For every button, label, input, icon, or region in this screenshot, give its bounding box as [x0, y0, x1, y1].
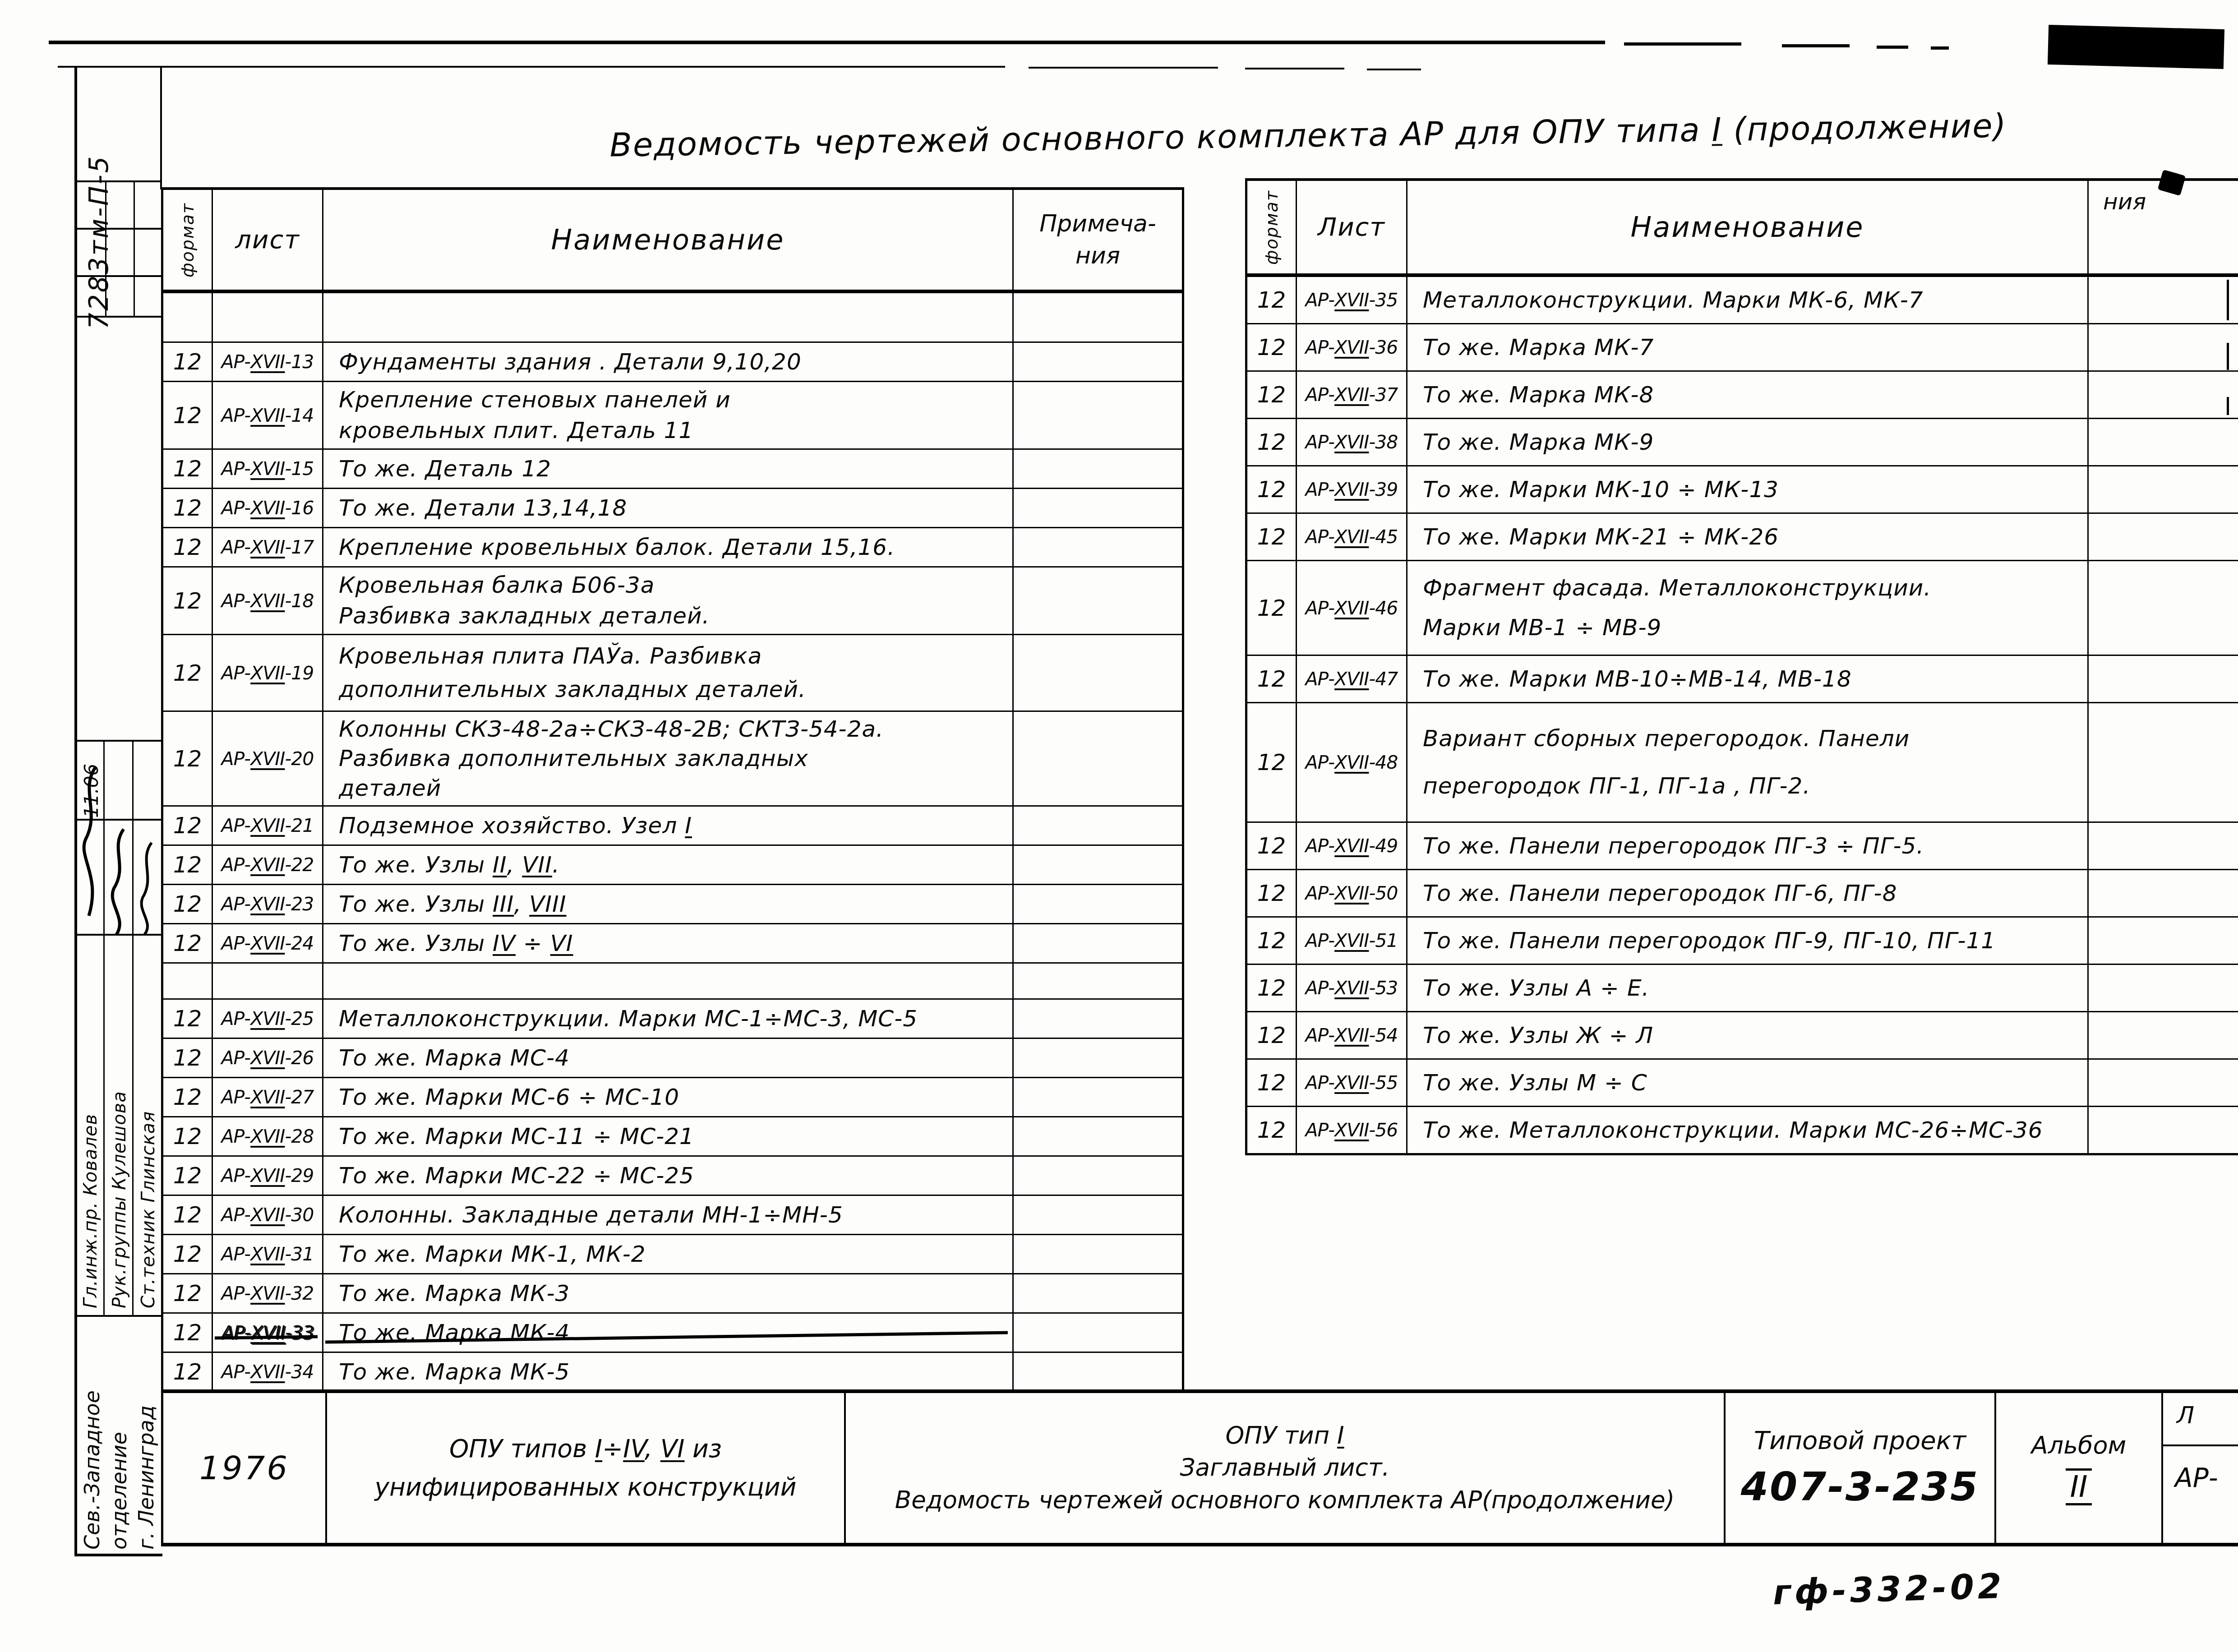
table-row: 12АР-XVII-25Металлоконструкции. Марки МС…: [163, 998, 1182, 1038]
signer-group-lead: Рук.группы Кулешова: [109, 943, 133, 1308]
table-row: 12АР-XVII-50То же. Панели перегородок ПГ…: [1247, 869, 2238, 916]
project-number: 407-3-235: [1741, 1463, 1980, 1510]
cell-note: [1014, 1196, 1182, 1234]
cell-sheet-number: АР-XVII-33: [213, 1314, 323, 1352]
name-line: Крепление стеновых панелей и: [339, 388, 1012, 412]
table-row: 12АР-XVII-26То же. Марка МС-4: [163, 1038, 1182, 1077]
cell-format: 12: [163, 1235, 213, 1273]
cell-format: 12: [163, 635, 213, 711]
cell-sheet-number: АР-XVII-23: [213, 885, 323, 923]
cell-note: [1014, 807, 1182, 844]
table-row: 12АР-XVII-32То же. Марка МК-3: [163, 1273, 1182, 1312]
cell-sheet-number: АР-XVII-48: [1297, 703, 1407, 821]
cell-note: [1014, 1078, 1182, 1116]
name-line: То же. Марки МВ-10÷МВ-14, МВ-18: [1423, 667, 2087, 692]
table-row: 12АР-XVII-35Металлоконструкции. Марки МК…: [1247, 276, 2238, 323]
table-row: 12АР-XVII-19Кровельная плита ПАЎа. Разби…: [163, 634, 1182, 711]
cell-format: 12: [163, 568, 213, 634]
header-format-label: формат: [178, 203, 198, 277]
cell-sheet-number: АР-XVII-35: [1297, 277, 1407, 323]
title-block-project-cell: Типовой проект 407-3-235: [1726, 1393, 1996, 1543]
cell-name: То же. Панели перегородок ПГ-6, ПГ-8: [1407, 870, 2089, 916]
header-note-line2: ния: [1075, 240, 1120, 272]
cell-sheet-number: АР-XVII-53: [1297, 965, 1407, 1011]
cell-sheet-number: АР-XVII-14: [213, 382, 323, 448]
scanned-drawing-sheet: 7283тм-П-5 11.06 Гл.инж.пр. Ковалев Рук.…: [0, 0, 2238, 1652]
name-line: То же. Марки МК-10 ÷ МК-13: [1423, 477, 2087, 502]
cell-name: Крепление стеновых панелей икровельных п…: [323, 382, 1014, 448]
cell-note: [1014, 1000, 1182, 1038]
cell-note: [1014, 924, 1182, 962]
name-line: Фрагмент фасада. Металлоконструкции.: [1423, 576, 2087, 600]
top-border-dash: [1367, 69, 1421, 70]
cell-sheet-number: АР-XVII-39: [1297, 466, 1407, 512]
top-border-dash: [1931, 46, 1949, 50]
cell-sheet-number: АР-XVII-29: [213, 1157, 323, 1195]
margin-grid-line: [74, 316, 161, 318]
name-line: То же. Панели перегородок ПГ-9, ПГ-10, П…: [1423, 928, 2087, 953]
cell-format: 12: [163, 1000, 213, 1038]
table-row: 12АР-XVII-51То же. Панели перегородок ПГ…: [1247, 916, 2238, 964]
table-row: 12АР-XVII-16То же. Детали 13,14,18: [163, 488, 1182, 527]
cell-sheet-number: АР-XVII-51: [1297, 918, 1407, 964]
cell-format: 12: [163, 382, 213, 448]
cell-name: То же. Узлы III, VIII: [323, 885, 1014, 923]
top-border-line2: [58, 66, 1005, 68]
cell-name: То же. Марки МВ-10÷МВ-14, МВ-18: [1407, 656, 2089, 702]
cell-note: [2089, 918, 2238, 964]
cell-sheet-number: [213, 293, 323, 341]
margin-grid-line: [74, 228, 161, 230]
cell-name: То же. Панели перегородок ПГ-9, ПГ-10, П…: [1407, 918, 2089, 964]
header-format-label: формат: [1262, 190, 1282, 265]
cell-name: [323, 293, 1014, 341]
cell-format: 12: [1247, 372, 1297, 418]
cell-format: 12: [163, 846, 213, 884]
cell-name: То же. Марка МС-4: [323, 1039, 1014, 1077]
cell-note: [2089, 514, 2238, 560]
cell-format: 12: [163, 343, 213, 381]
signature-grid-line: [74, 740, 161, 742]
cell-name: Подземное хозяйство. Узел I: [323, 807, 1014, 844]
page-title: Ведомость чертежей основного комплекта А…: [577, 106, 2040, 164]
table-row: 12АР-XVII-54То же. Узлы Ж ÷ Л: [1247, 1011, 2238, 1058]
cell-note: [1014, 528, 1182, 566]
cell-sheet-number: АР-XVII-55: [1297, 1060, 1407, 1106]
cell-note: [1014, 885, 1182, 923]
name-line: Разбивка дополнительных закладных: [339, 746, 1012, 771]
top-border-dash: [1029, 67, 1218, 69]
cell-sheet-number: АР-XVII-34: [213, 1353, 323, 1391]
cell-name: То же. Марка МК-5: [323, 1353, 1014, 1391]
cell-name: То же. Марка МК-8: [1407, 372, 2089, 418]
name-line: Крепление кровельных балок. Детали 15,16…: [339, 535, 1012, 560]
signature-scribble: [135, 839, 159, 938]
cell-note: [2089, 419, 2238, 465]
name-line: То же. Марки МС-22 ÷ МС-25: [339, 1163, 1012, 1188]
cell-note: [1014, 635, 1182, 711]
table-row: 12АР-XVII-37То же. Марка МК-8: [1247, 370, 2238, 418]
top-border-dash: [1624, 42, 1741, 46]
cell-format: 12: [1247, 1012, 1297, 1058]
table-row: 12АР-XVII-24То же. Узлы IV ÷ VI: [163, 923, 1182, 962]
cell-format: 12: [163, 1157, 213, 1195]
cell-name: То же. Панели перегородок ПГ-3 ÷ ПГ-5.: [1407, 823, 2089, 869]
name-line: То же. Узлы Ж ÷ Л: [1423, 1023, 2087, 1048]
signature-scribble: [78, 762, 103, 925]
sheet-left-border: [74, 68, 77, 1556]
header-format: формат: [1247, 181, 1297, 273]
header-sheet: Лист: [1297, 181, 1407, 273]
cell-note: [1014, 964, 1182, 998]
table-spacer-row: [163, 292, 1182, 341]
cell-note: [1014, 382, 1182, 448]
table-row: 12АР-XVII-21Подземное хозяйство. Узел I: [163, 805, 1182, 844]
cell-note: [2089, 372, 2238, 418]
cell-note: [1014, 293, 1182, 341]
top-border-dash: [1877, 46, 1908, 49]
cell-note: [1014, 1039, 1182, 1077]
cell-note: [2089, 324, 2238, 370]
cell-format: 12: [163, 1117, 213, 1155]
cell-note: [1014, 1353, 1182, 1391]
top-border-line: [49, 41, 1605, 44]
cell-sheet-number: АР-XVII-38: [1297, 419, 1407, 465]
name-line: То же. Узлы А ÷ Е.: [1423, 976, 2087, 1001]
name-line: То же. Марки МС-11 ÷ МС-21: [339, 1124, 1012, 1149]
name-line: То же. Марка МК-3: [339, 1281, 1012, 1306]
header-sheet: лист: [213, 190, 323, 290]
cell-name: То же. Узлы М ÷ С: [1407, 1060, 2089, 1106]
cell-note: [2089, 656, 2238, 702]
cell-note: [2089, 703, 2238, 821]
name-line: То же. Металлоконструкции. Марки МС-26÷М…: [1423, 1118, 2087, 1143]
cell-sheet-number: АР-XVII-49: [1297, 823, 1407, 869]
header-name: Наименование: [1407, 181, 2089, 273]
cell-name: То же. Узлы II, VII.: [323, 846, 1014, 884]
cell-name: То же. Марки МС-22 ÷ МС-25: [323, 1157, 1014, 1195]
project-label: Типовой проект: [1754, 1426, 1966, 1455]
cell-format: 12: [163, 1353, 213, 1391]
header-note-line1: Примеча-: [1039, 208, 1156, 240]
name-line: Вариант сборных перегородок. Панели: [1423, 726, 2087, 751]
cell-sheet-number: АР-XVII-24: [213, 924, 323, 962]
cell-note: [1014, 343, 1182, 381]
table-row: 12АР-XVII-23То же. Узлы III, VIII: [163, 884, 1182, 923]
top-border-dash: [1782, 44, 1850, 47]
cell-sheet-number: АР-XVII-47: [1297, 656, 1407, 702]
note-header-fragment: ния: [2103, 189, 2146, 215]
table-row: 12АР-XVII-28То же. Марки МС-11 ÷ МС-21: [163, 1116, 1182, 1155]
cell-name: Колонны СКЗ-48-2а÷СКЗ-48-2В; СКТЗ-54-2а.…: [323, 712, 1014, 805]
cell-format: 12: [1247, 918, 1297, 964]
cell-format: 12: [1247, 514, 1297, 560]
archive-number: 7283тм-П-5: [83, 68, 158, 329]
cell-name: То же. Марки МК-10 ÷ МК-13: [1407, 466, 2089, 512]
table-row: 12АР-XVII-33То же. Марка МК-4: [163, 1312, 1182, 1352]
name-line: То же. Марки МК-21 ÷ МК-26: [1423, 525, 2087, 549]
cell-name: То же. Марка МК-7: [1407, 324, 2089, 370]
name-line: деталей: [339, 776, 1012, 801]
cell-note: [1014, 568, 1182, 634]
cell-name: Металлоконструкции. Марки МК-6, МК-7: [1407, 277, 2089, 323]
table-row: 12АР-XVII-53То же. Узлы А ÷ Е.: [1247, 964, 2238, 1011]
drawing-register-table-left: формат лист Наименование Примеча- ния 12…: [161, 187, 1184, 1393]
cell-sheet-number: АР-XVII-13: [213, 343, 323, 381]
margin-grid-line: [74, 180, 161, 182]
cell-note: [2089, 965, 2238, 1011]
name-line: То же. Марки МС-6 ÷ МС-10: [339, 1085, 1012, 1110]
cell-format: 12: [1247, 1060, 1297, 1106]
cell-name: То же. Деталь 12: [323, 450, 1014, 488]
album-number: II: [2066, 1468, 2092, 1505]
table-row: 12АР-XVII-45То же. Марки МК-21 ÷ МК-26: [1247, 512, 2238, 560]
table-row: 12АР-XVII-17Крепление кровельных балок. …: [163, 527, 1182, 566]
cell-format: 12: [1247, 419, 1297, 465]
cell-note: [1014, 489, 1182, 527]
cell-format: 12: [163, 924, 213, 962]
cell-format: 12: [1247, 823, 1297, 869]
name-line: Фундаменты здания . Детали 9,10,20: [339, 350, 1012, 374]
cell-note: [1014, 846, 1182, 884]
name-line: Металлоконструкции. Марки МС-1÷МС-3, МС-…: [339, 1006, 1012, 1031]
table-spacer-row: [163, 962, 1182, 998]
cell-name: Фундаменты здания . Детали 9,10,20: [323, 343, 1014, 381]
cell-format: 12: [163, 807, 213, 844]
name-line: То же. Марка МК-5: [339, 1360, 1012, 1384]
cell-name: То же. Узлы Ж ÷ Л: [1407, 1012, 2089, 1058]
cell-note: [2089, 1107, 2238, 1153]
sheet-caption: ОПУ тип IЗаглавный лист.Ведомость чертеж…: [895, 1420, 1675, 1517]
name-line: То же. Панели перегородок ПГ-6, ПГ-8: [1423, 881, 2087, 906]
cut-column-edge-dash: [2227, 280, 2229, 320]
cell-format: 12: [163, 885, 213, 923]
table-row: 12АР-XVII-14Крепление стеновых панелей и…: [163, 381, 1182, 448]
table-row: 12АР-XVII-49То же. Панели перегородок ПГ…: [1247, 821, 2238, 869]
cell-format: 12: [163, 528, 213, 566]
cell-name: То же. Узлы А ÷ Е.: [1407, 965, 2089, 1011]
title-block-year-cell: 1976: [163, 1393, 327, 1543]
cell-note: [2089, 1012, 2238, 1058]
cell-name: Кровельная балка Б06-3аРазбивка закладны…: [323, 568, 1014, 634]
cell-sheet-number: АР-XVII-46: [1297, 561, 1407, 655]
cell-sheet-number: АР-XVII-21: [213, 807, 323, 844]
cell-format: 12: [1247, 277, 1297, 323]
cell-name: Крепление кровельных балок. Детали 15,16…: [323, 528, 1014, 566]
name-line: То же. Деталь 12: [339, 457, 1012, 481]
margin-grid-line: [105, 180, 106, 316]
cell-format: 12: [1247, 1107, 1297, 1153]
title-block: 1976 ОПУ типов I÷IV, VI изунифицированны…: [161, 1389, 2238, 1546]
cell-sheet-number: АР-XVII-30: [213, 1196, 323, 1234]
table-row: 12АР-XVII-46Фрагмент фасада. Металлоконс…: [1247, 560, 2238, 655]
cell-name: То же. Марки МК-1, МК-2: [323, 1235, 1014, 1273]
table-row: 12АР-XVII-15То же. Деталь 12: [163, 448, 1182, 488]
cell-name: То же. Марка МК-3: [323, 1274, 1014, 1312]
name-line: То же. Узлы III, VIII: [339, 892, 1012, 917]
table-row: 12АР-XVII-36То же. Марка МК-7: [1247, 323, 2238, 370]
organization-name: Сев.-Западноеотделениег. Ленинград: [79, 1317, 162, 1550]
cell-name: То же. Детали 13,14,18: [323, 489, 1014, 527]
cell-sheet-number: АР-XVII-26: [213, 1039, 323, 1077]
signature-grid-line: [74, 1315, 161, 1317]
cell-name: Кровельная плита ПАЎа. Разбивкадополните…: [323, 635, 1014, 711]
cell-name: Фрагмент фасада. Металлоконструкции.Марк…: [1407, 561, 2089, 655]
name-line: перегородок ПГ-1, ПГ-1а , ПГ-2.: [1423, 774, 2087, 798]
album-label: Альбом: [2031, 1431, 2126, 1459]
name-line: Металлоконструкции. Марки МК-6, МК-7: [1423, 288, 2087, 313]
signature-scribble: [106, 826, 131, 938]
cell-name: То же. Марка МК-9: [1407, 419, 2089, 465]
name-line: То же. Марка МК-7: [1423, 335, 2087, 360]
cell-note: [1014, 1274, 1182, 1312]
cell-sheet-number: АР-XVII-56: [1297, 1107, 1407, 1153]
title-block-caption-cell: ОПУ тип IЗаглавный лист.Ведомость чертеж…: [846, 1393, 1726, 1543]
cell-name: То же. Марки МК-21 ÷ МК-26: [1407, 514, 2089, 560]
drawing-register-table-right: формат Лист Наименование 12АР-XVII-35Мет…: [1245, 178, 2238, 1155]
cell-note: [1014, 1235, 1182, 1273]
cell-sheet-number: [213, 964, 323, 998]
name-line: Кровельная балка Б06-3а: [339, 573, 1012, 598]
cell-note: [2089, 277, 2238, 323]
cell-sheet-number: АР-XVII-54: [1297, 1012, 1407, 1058]
cell-note: [1014, 712, 1182, 805]
cell-note: [2089, 561, 2238, 655]
cut-column-edge-dash: [2227, 397, 2229, 415]
cell-format: 12: [163, 1196, 213, 1234]
cell-sheet-number: АР-XVII-32: [213, 1274, 323, 1312]
cell-format: 12: [1247, 965, 1297, 1011]
name-line: То же. Марка МК-4: [339, 1320, 1012, 1345]
table-row: 12АР-XVII-48Вариант сборных перегородок.…: [1247, 702, 2238, 821]
margin-right-border: [160, 68, 162, 189]
cell-sheet-number: АР-XVII-17: [213, 528, 323, 566]
cell-sheet-number: АР-XVII-16: [213, 489, 323, 527]
title-block-corner-cell: Л АР-: [2163, 1393, 2238, 1543]
name-line: То же. Марка МС-4: [339, 1046, 1012, 1071]
year: 1976: [199, 1449, 289, 1487]
cell-sheet-number: АР-XVII-20: [213, 712, 323, 805]
cell-sheet-number: АР-XVII-50: [1297, 870, 1407, 916]
cell-format: [163, 293, 213, 341]
cell-note: [1014, 1314, 1182, 1352]
cell-format: 12: [1247, 656, 1297, 702]
table-row: 12АР-XVII-34То же. Марка МК-5: [163, 1352, 1182, 1391]
cell-note: [2089, 1060, 2238, 1106]
name-line: Колонны. Закладные детали МН-1÷МН-5: [339, 1203, 1012, 1227]
cell-format: 12: [163, 1274, 213, 1312]
name-line: Марки МВ-1 ÷ МВ-9: [1423, 615, 2087, 640]
name-line: То же. Панели перегородок ПГ-3 ÷ ПГ-5.: [1423, 834, 2087, 858]
cell-sheet-number: АР-XVII-19: [213, 635, 323, 711]
header-name: Наименование: [323, 190, 1014, 290]
table-row: 12АР-XVII-27То же. Марки МС-6 ÷ МС-10: [163, 1077, 1182, 1116]
cell-name: Вариант сборных перегородок. Панелиперег…: [1407, 703, 2089, 821]
object-description: ОПУ типов I÷IV, VI изунифицированных кон…: [375, 1430, 797, 1507]
table-row: 12АР-XVII-38То же. Марка МК-9: [1247, 418, 2238, 465]
signer-chief-engineer: Гл.инж.пр. Ковалев: [80, 943, 104, 1308]
name-line: То же. Марки МК-1, МК-2: [339, 1242, 1012, 1267]
table-row: 12АР-XVII-22То же. Узлы II, VII.: [163, 844, 1182, 884]
cell-note: [2089, 870, 2238, 916]
header-note: Примеча- ния: [1014, 190, 1182, 290]
cell-name: То же. Марки МС-11 ÷ МС-21: [323, 1117, 1014, 1155]
name-line: То же. Марка МК-9: [1423, 430, 2087, 455]
cell-note: [1014, 450, 1182, 488]
name-line: дополнительных закладных деталей.: [339, 677, 1012, 702]
table-row: 12АР-XVII-31То же. Марки МК-1, МК-2: [163, 1234, 1182, 1273]
cell-format: 12: [1247, 466, 1297, 512]
table-row: 12АР-XVII-47То же. Марки МВ-10÷МВ-14, МВ…: [1247, 655, 2238, 702]
cell-note: [2089, 466, 2238, 512]
stamp-code: гф-332-02: [1772, 1566, 2006, 1612]
name-line: кровельных плит. Деталь 11: [339, 418, 1012, 443]
cell-format: 12: [1247, 561, 1297, 655]
cell-sheet-number: АР-XVII-15: [213, 450, 323, 488]
margin-grid-line: [74, 275, 161, 277]
cell-format: 12: [1247, 324, 1297, 370]
cell-format: 12: [163, 1078, 213, 1116]
table-row: 12АР-XVII-55То же. Узлы М ÷ С: [1247, 1058, 2238, 1106]
cell-name: [323, 964, 1014, 998]
cell-sheet-number: АР-XVII-25: [213, 1000, 323, 1038]
name-line: То же. Марка МК-8: [1423, 383, 2087, 407]
cell-sheet-number: АР-XVII-31: [213, 1235, 323, 1273]
cell-sheet-number: АР-XVII-27: [213, 1078, 323, 1116]
cell-sheet-number: АР-XVII-36: [1297, 324, 1407, 370]
table-row: 12АР-XVII-56То же. Металлоконструкции. М…: [1247, 1106, 2238, 1153]
cell-sheet-number: АР-XVII-28: [213, 1117, 323, 1155]
cell-note: [1014, 1117, 1182, 1155]
table-row: 12АР-XVII-29То же. Марки МС-22 ÷ МС-25: [163, 1155, 1182, 1195]
cell-format: [163, 964, 213, 998]
cell-name: То же. Марка МК-4: [323, 1314, 1014, 1352]
name-line: То же. Узлы II, VII.: [339, 853, 1012, 877]
cell-sheet-number: АР-XVII-22: [213, 846, 323, 884]
table-row: 12АР-XVII-30Колонны. Закладные детали МН…: [163, 1195, 1182, 1234]
name-line: То же. Детали 13,14,18: [339, 496, 1012, 521]
cell-format: 12: [163, 1314, 213, 1352]
corner-set-label: АР-: [2163, 1446, 2218, 1493]
cut-column-edge-dash: [2227, 343, 2229, 370]
table-row: 12АР-XVII-18Кровельная балка Б06-3аРазби…: [163, 566, 1182, 634]
cell-name: Колонны. Закладные детали МН-1÷МН-5: [323, 1196, 1014, 1234]
sheet-bottom-border-left: [74, 1554, 162, 1556]
cell-name: То же. Узлы IV ÷ VI: [323, 924, 1014, 962]
table-row: 12АР-XVII-20Колонны СКЗ-48-2а÷СКЗ-48-2В;…: [163, 711, 1182, 805]
cell-sheet-number: АР-XVII-18: [213, 568, 323, 634]
name-line: Колонны СКЗ-48-2а÷СКЗ-48-2В; СКТЗ-54-2а.: [339, 717, 1012, 742]
cell-sheet-number: АР-XVII-45: [1297, 514, 1407, 560]
cell-format: 12: [163, 712, 213, 805]
cell-name: То же. Металлоконструкции. Марки МС-26÷М…: [1407, 1107, 2089, 1153]
cell-note: [1014, 1157, 1182, 1195]
table-row: 12АР-XVII-13Фундаменты здания . Детали 9…: [163, 341, 1182, 381]
name-line: То же. Узлы М ÷ С: [1423, 1071, 2087, 1095]
name-line: Разбивка закладных деталей.: [339, 604, 1012, 628]
table-header: формат Лист Наименование: [1247, 181, 2238, 276]
corner-sheet-label: Л: [2163, 1393, 2238, 1446]
margin-grid-line: [134, 180, 135, 316]
table-header: формат лист Наименование Примеча- ния: [163, 190, 1182, 292]
header-format: формат: [163, 190, 213, 290]
top-border-dash: [1245, 68, 1344, 69]
cell-format: 12: [163, 1039, 213, 1077]
title-block-object-cell: ОПУ типов I÷IV, VI изунифицированных кон…: [327, 1393, 846, 1543]
name-line: Подземное хозяйство. Узел I: [339, 813, 1012, 838]
cell-sheet-number: АР-XVII-37: [1297, 372, 1407, 418]
name-line: То же. Узлы IV ÷ VI: [339, 931, 1012, 956]
